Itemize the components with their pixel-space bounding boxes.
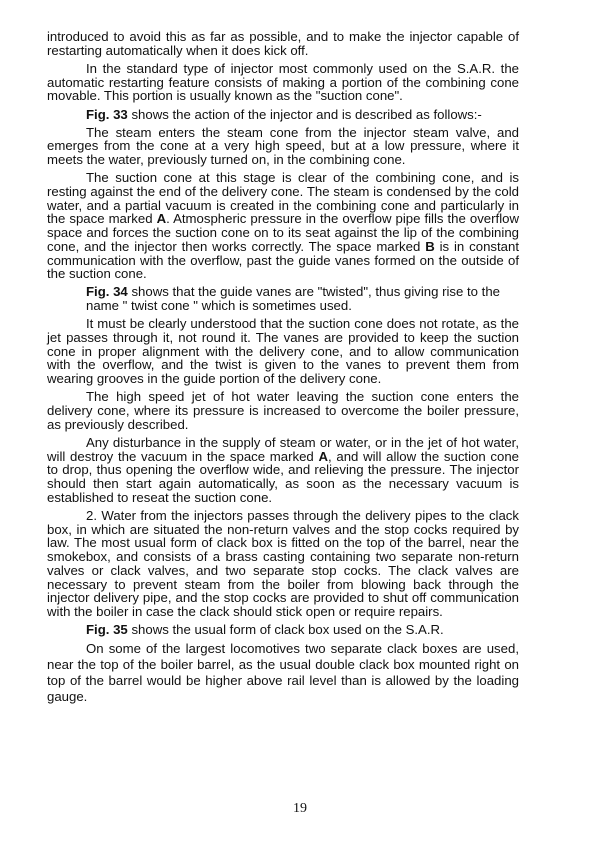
paragraph-suction-cone-stage: The suction cone at this stage is clear … bbox=[47, 171, 519, 281]
paragraph-high-speed-jet: The high speed jet of hot water leaving … bbox=[47, 390, 519, 431]
fig-33-text: shows the action of the injector and is … bbox=[128, 107, 482, 122]
document-page: introduced to avoid this as far as possi… bbox=[47, 30, 519, 710]
paragraph-fig-35: Fig. 35 shows the usual form of clack bo… bbox=[47, 623, 519, 637]
fig-34-text: shows that the guide vanes are "twisted"… bbox=[86, 284, 500, 313]
paragraph-continuation: introduced to avoid this as far as possi… bbox=[47, 30, 519, 57]
paragraph-fig-33: Fig. 33 shows the action of the injector… bbox=[47, 108, 519, 122]
fig-33-reference: Fig. 33 bbox=[86, 107, 128, 122]
fig-35-reference: Fig. 35 bbox=[86, 622, 128, 637]
paragraph-standard-injector: In the standard type of injector most co… bbox=[47, 62, 519, 103]
paragraph-clack-box: 2. Water from the injectors passes throu… bbox=[47, 509, 519, 619]
page-number: 19 bbox=[0, 801, 600, 817]
paragraph-steam-enters: The steam enters the steam cone from the… bbox=[47, 126, 519, 167]
paragraph-disturbance: Any disturbance in the supply of steam o… bbox=[47, 436, 519, 505]
paragraph-does-not-rotate: It must be clearly understood that the s… bbox=[47, 317, 519, 386]
fig-35-text: shows the usual form of clack box used o… bbox=[128, 622, 444, 637]
paragraph-largest-locomotives: On some of the largest locomotives two s… bbox=[47, 641, 519, 705]
paragraph-fig-34: Fig. 34 shows that the guide vanes are "… bbox=[47, 285, 519, 312]
